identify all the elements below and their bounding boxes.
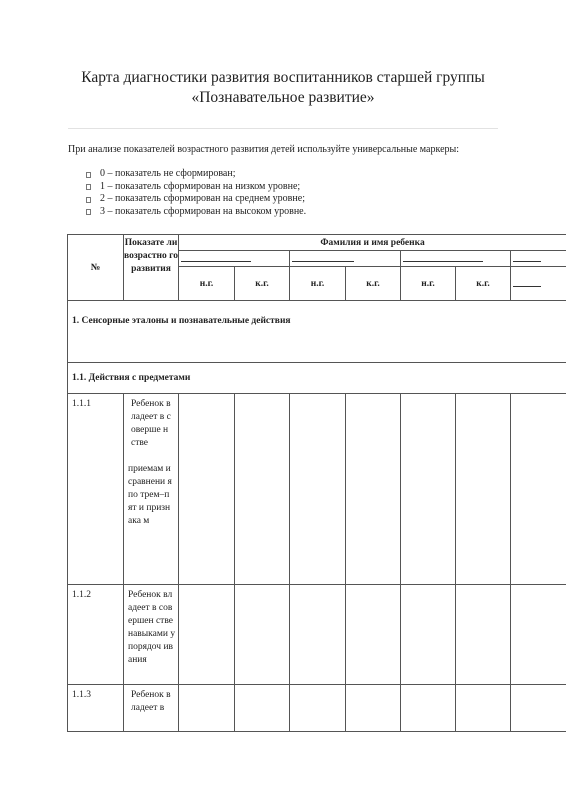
row-number: 1.1.3: [68, 685, 124, 732]
intro-text: При анализе показателей возрастного разв…: [68, 144, 508, 156]
marker-item: 0 – показатель не сформирован;: [86, 168, 306, 181]
score-cell[interactable]: [346, 394, 401, 585]
child-name-field-1[interactable]: [179, 251, 290, 267]
score-cell[interactable]: [511, 585, 566, 685]
marker-item: 3 – показатель сформирован на высоком ур…: [86, 206, 306, 219]
title-line-1: Карта диагностики развития воспитанников…: [0, 68, 566, 88]
score-cell[interactable]: [346, 585, 401, 685]
score-cell[interactable]: [235, 685, 290, 732]
checkbox-bullet-icon: [86, 172, 91, 178]
score-cell[interactable]: [456, 685, 511, 732]
score-cell[interactable]: [511, 394, 566, 585]
title-line-2: «Познавательное развитие»: [0, 88, 566, 108]
marker-item: 2 – показатель сформирован на среднем ур…: [86, 193, 306, 206]
header-indicators: Показате ли возрастно го развития: [124, 235, 179, 301]
marker-list: 0 – показатель не сформирован; 1 – показ…: [86, 168, 306, 218]
header-ng: н.г.: [179, 267, 235, 301]
score-cell[interactable]: [401, 685, 456, 732]
header-ng: н.г.: [401, 267, 456, 301]
table-row: 1.1.1 Ребенок владеет в соверше нстве пр…: [68, 394, 566, 585]
checkbox-bullet-icon: [86, 184, 91, 190]
marker-text: 0 – показатель не сформирован;: [100, 168, 236, 181]
score-cell[interactable]: [179, 394, 235, 585]
section-heading: 1. Сенсорные эталоны и познавательные де…: [68, 301, 566, 363]
child-name-field-2[interactable]: [290, 251, 401, 267]
indicator-text-part-a: Ребенок владеет в соверше нстве: [128, 398, 171, 450]
score-cell[interactable]: [511, 685, 566, 732]
marker-text: 3 – показатель сформирован на высоком ур…: [100, 206, 306, 219]
score-cell[interactable]: [290, 685, 346, 732]
header-kg: к.г.: [456, 267, 511, 301]
header-num: №: [68, 235, 124, 301]
marker-item: 1 – показатель сформирован на низком уро…: [86, 181, 306, 194]
marker-text: 2 – показатель сформирован на среднем ур…: [100, 193, 305, 206]
document-title: Карта диагностики развития воспитанников…: [0, 68, 566, 108]
child-name-field-4b[interactable]: [511, 267, 566, 301]
score-cell[interactable]: [179, 685, 235, 732]
header-kg: к.г.: [235, 267, 290, 301]
score-cell[interactable]: [290, 585, 346, 685]
score-cell[interactable]: [235, 585, 290, 685]
score-cell[interactable]: [235, 394, 290, 585]
indicator-text-part-b: приемам и сравнени я по трем–пят и призн…: [128, 463, 172, 528]
blank-line: [513, 277, 541, 287]
score-cell[interactable]: [290, 394, 346, 585]
indicator-text-part-a: Ребенок владеет в совершен стве навыками…: [128, 589, 176, 667]
score-cell[interactable]: [179, 585, 235, 685]
indicator-text: Ребенок владеет в: [124, 685, 179, 732]
score-cell[interactable]: [456, 394, 511, 585]
subsection-heading: 1.1. Действия с предметами: [68, 363, 566, 394]
score-cell[interactable]: [401, 585, 456, 685]
score-cell[interactable]: [401, 394, 456, 585]
blank-line: [181, 252, 251, 262]
score-cell[interactable]: [346, 685, 401, 732]
indicator-text: Ребенок владеет в совершен стве навыками…: [124, 585, 179, 685]
row-number: 1.1.2: [68, 585, 124, 685]
header-ng: н.г.: [290, 267, 346, 301]
marker-text: 1 – показатель сформирован на низком уро…: [100, 181, 300, 194]
header-kg: к.г.: [346, 267, 401, 301]
blank-line: [403, 252, 483, 262]
blank-line: [292, 252, 354, 262]
score-cell[interactable]: [456, 585, 511, 685]
row-number: 1.1.1: [68, 394, 124, 585]
table-row: 1.1.3 Ребенок владеет в: [68, 685, 566, 732]
header-child-name: Фамилия и имя ребенка: [179, 235, 566, 251]
diagnostic-table: № Показате ли возрастно го развития Фами…: [67, 234, 566, 732]
indicator-text-part-a: Ребенок владеет в: [128, 689, 173, 715]
divider: [68, 128, 498, 129]
indicator-text: Ребенок владеет в соверше нстве приемам …: [124, 394, 179, 585]
child-name-field-4[interactable]: [511, 251, 566, 267]
checkbox-bullet-icon: [86, 209, 91, 215]
table-row: 1.1.2 Ребенок владеет в совершен стве на…: [68, 585, 566, 685]
blank-line: [513, 252, 541, 262]
child-name-field-3[interactable]: [401, 251, 511, 267]
checkbox-bullet-icon: [86, 197, 91, 203]
